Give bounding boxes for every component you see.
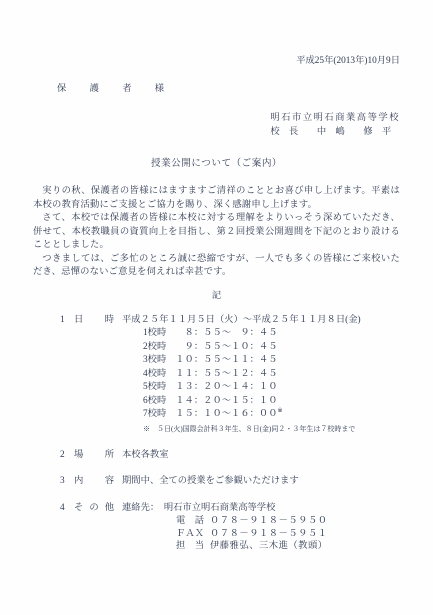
contact-label: ＦＡＸ	[176, 528, 204, 541]
period-schedule: 1校時 ８：５５～ ９：４５ 2校時 ９：５５～１０：４５ 3校時１０：５５～１…	[33, 327, 400, 435]
item-label: 日時	[74, 314, 114, 328]
footnote-mark: ※	[278, 408, 283, 414]
addressee: 保 護 者 様	[33, 83, 400, 95]
schedule-row: 1校時 ８：５５～ ９：４５	[33, 327, 400, 341]
sender-school-name: 明石市立明石商業高等学校	[270, 111, 400, 125]
spacer	[33, 489, 400, 502]
item-other: 4 その他 連絡先： 明石市立明石商業高等学校	[33, 502, 400, 516]
schedule-row: 6校時１４：２０～１５：１０	[33, 395, 400, 409]
contact-value: ０７８－９１８－５９５１	[210, 528, 328, 541]
schedule-row: 5校時１３：２０～１４：１０	[33, 381, 400, 395]
contact-person: 担当 伊藤雅弘、三木進（教頭）	[33, 540, 400, 553]
contact-value: 伊藤雅弘、三木進（教頭）	[210, 540, 328, 553]
period-time: ９：５５～１０：４５	[175, 342, 277, 352]
period-label: 5校時	[143, 382, 166, 392]
item-label: 内容	[74, 475, 114, 489]
paragraph-invitation: つきましては、ご多忙のところ誠に恐縮ですが、一人でも多くの皆様にご来校いただき、…	[33, 253, 400, 280]
sender-principal-name: 校 長 中 嶋 修 平	[270, 125, 400, 139]
record-marker: 記	[33, 290, 400, 303]
document-page: 平成25年(2013年)10月9日 保 護 者 様 明石市立明石商業高等学校 校…	[0, 0, 433, 615]
item-date-time: 1 日時 平成２５年１１月５日（火）～平成２５年１１月８日(金)	[33, 314, 400, 328]
item-label: 場所	[74, 449, 114, 463]
item-value: 平成２５年１１月５日（火）～平成２５年１１月８日(金)	[122, 314, 400, 328]
period-label: 7校時	[143, 409, 166, 419]
schedule-row: 4校時１１：５５～１２：４５	[33, 368, 400, 382]
item-value: 連絡先： 明石市立明石商業高等学校	[122, 502, 400, 516]
item-number: 2	[60, 449, 74, 463]
period-label: 3校時	[143, 355, 166, 365]
period-label: 4校時	[143, 369, 166, 379]
item-number: 3	[60, 475, 74, 489]
schedule-footnote: ※ ５日(火)国際会計科３年生、８日(金)同２・３年生は７校時まで	[33, 424, 400, 435]
contact-label: 担当	[176, 540, 204, 553]
item-number: 4	[60, 502, 74, 516]
period-label: 2校時	[143, 342, 166, 352]
period-time: １４：２０～１５：１０	[175, 396, 277, 406]
document-title: 授業公開について（ご案内）	[33, 157, 400, 170]
item-number: 1	[60, 314, 74, 328]
item-value: 本校各教室	[122, 449, 400, 463]
item-value: 期間中、全ての授業をご参観いただけます	[122, 475, 400, 489]
schedule-row: 7校時１５：１０～１６：００※	[33, 408, 400, 422]
spacer	[33, 462, 400, 475]
period-label: 6校時	[143, 396, 166, 406]
period-time: １１：５５～１２：４５	[175, 369, 277, 379]
contact-phone: 電話 ０７８－９１８－５９５０	[33, 515, 400, 528]
sender-block: 明石市立明石商業高等学校 校 長 中 嶋 修 平	[270, 111, 400, 139]
document-date: 平成25年(2013年)10月9日	[33, 55, 400, 67]
paragraph-greeting: 実りの秋、保護者の皆様にはますますご清祥のこととお喜び申し上げます。平素は本校の…	[33, 185, 400, 212]
spacer	[33, 435, 400, 449]
schedule-row: 3校時１０：５５～１１：４５	[33, 354, 400, 368]
period-time: １３：２０～１４：１０	[175, 382, 277, 392]
contact-fax: ＦＡＸ ０７８－９１８－５９５１	[33, 528, 400, 541]
item-label: その他	[74, 502, 114, 516]
schedule-row: 2校時 ９：５５～１０：４５	[33, 341, 400, 355]
contact-value: ０７８－９１８－５９５０	[210, 515, 328, 528]
period-time: １０：５５～１１：４５	[175, 355, 277, 365]
period-time: ８：５５～ ９：４５	[175, 328, 277, 338]
contact-label: 電話	[176, 515, 204, 528]
item-place: 2 場所 本校各教室	[33, 449, 400, 463]
contact-block: 電話 ０７８－９１８－５９５０ ＦＡＸ ０７８－９１８－５９５１ 担当 伊藤雅弘…	[33, 515, 400, 553]
item-content: 3 内容 期間中、全ての授業をご参観いただけます	[33, 475, 400, 489]
body-text: 実りの秋、保護者の皆様にはますますご清祥のこととお喜び申し上げます。平素は本校の…	[33, 185, 400, 280]
period-label: 1校時	[143, 328, 166, 338]
notice-items: 1 日時 平成２５年１１月５日（火）～平成２５年１１月８日(金) 1校時 ８：５…	[33, 314, 400, 553]
period-time: １５：１０～１６：００	[175, 409, 277, 419]
paragraph-purpose: さて、本校では保護者の皆様に本校に対する理解をよりいっそう深めていただき、併せて…	[33, 212, 400, 253]
